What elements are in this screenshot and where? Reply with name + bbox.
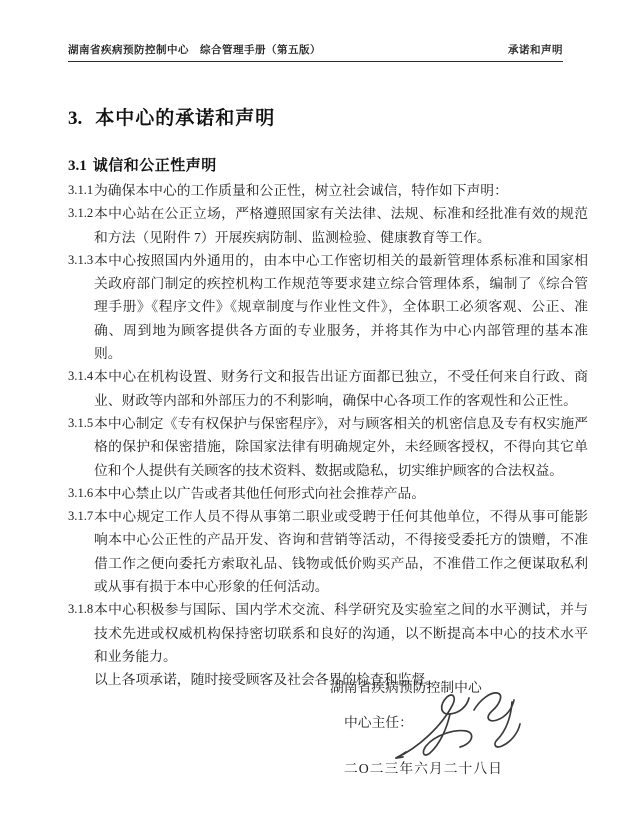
document-page: 湖南省疾病预防控制中心 综合管理手册（第五版） 承诺和声明 3.本中心的承诺和声…: [0, 0, 626, 825]
header-left-title: 湖南省疾病预防控制中心 综合管理手册（第五版）: [68, 42, 321, 57]
signature-block: 湖南省疾病预防控制中心 中心主任： 二O二三年六月二十八日: [330, 676, 590, 780]
chapter-number: 3.: [68, 108, 82, 129]
clause-3-1-1: 3.1.1 为确保本中心的工作质量和公正性，树立社会诚信，特作如下声明：: [68, 179, 588, 202]
clause-text: 本中心禁止以广告或者其他任何形式向社会推荐产品。: [94, 482, 588, 505]
director-signature-handwriting: [390, 682, 540, 766]
clause-3-1-2: 3.1.2 本中心站在公正立场，严格遵照国家有关法律、法规、标准和经批准有效的规…: [68, 202, 588, 249]
clause-3-1-7: 3.1.7 本中心规定工作人员不得从事第二职业或受聘于任何其他单位，不得从事可能…: [68, 505, 588, 598]
header-right-title: 承诺和声明: [508, 42, 563, 57]
clause-text: 本中心在机构设置、财务行文和报告出证方面都已独立，不受任何来自行政、商业、财政等…: [94, 365, 588, 412]
chapter-title: 3.本中心的承诺和声明: [68, 103, 275, 130]
clause-list: 3.1.1 为确保本中心的工作质量和公正性，树立社会诚信，特作如下声明： 3.1…: [68, 179, 588, 692]
clause-3-1-3: 3.1.3 本中心按照国内外通用的，由本中心工作密切相关的最新管理体系标准和国家…: [68, 249, 588, 365]
clause-text: 本中心站在公正立场，严格遵照国家有关法律、法规、标准和经批准有效的规范和方法（见…: [94, 202, 588, 249]
clause-number: 3.1.7: [68, 505, 94, 528]
section-heading: 3.1诚信和公正性声明: [68, 154, 217, 175]
section-title-text: 诚信和公正性声明: [93, 157, 217, 174]
clause-number: 3.1.8: [68, 598, 94, 621]
clause-number: 3.1.4: [68, 365, 94, 388]
clause-text: 本中心按照国内外通用的，由本中心工作密切相关的最新管理体系标准和国家相关政府部门…: [94, 249, 588, 365]
clause-number: 3.1.3: [68, 249, 94, 272]
clause-3-1-8: 3.1.8 本中心积极参与国际、国内学术交流、科学研究及实验室之间的水平测试，并…: [68, 598, 588, 668]
chapter-title-text: 本中心的承诺和声明: [95, 108, 275, 129]
clause-3-1-6: 3.1.6 本中心禁止以广告或者其他任何形式向社会推荐产品。: [68, 482, 588, 505]
clause-text: 本中心制定《专有权保护与保密程序》，对与顾客相关的机密信息及专有权实施严格的保护…: [94, 412, 588, 482]
clause-text: 本中心规定工作人员不得从事第二职业或受聘于任何其他单位，不得从事可能影响本中心公…: [94, 505, 588, 598]
clause-3-1-4: 3.1.4 本中心在机构设置、财务行文和报告出证方面都已独立，不受任何来自行政、…: [68, 365, 588, 412]
clause-number: 3.1.5: [68, 412, 94, 435]
clause-text: 本中心积极参与国际、国内学术交流、科学研究及实验室之间的水平测试，并与技术先进或…: [94, 598, 588, 668]
page-header: 湖南省疾病预防控制中心 综合管理手册（第五版） 承诺和声明: [68, 42, 563, 62]
clause-number: 3.1.2: [68, 202, 94, 225]
clause-3-1-5: 3.1.5 本中心制定《专有权保护与保密程序》，对与顾客相关的机密信息及专有权实…: [68, 412, 588, 482]
section-number: 3.1: [68, 158, 87, 174]
clause-number: 3.1.1: [68, 179, 94, 202]
clause-number: 3.1.6: [68, 482, 94, 505]
clause-text: 为确保本中心的工作质量和公正性，树立社会诚信，特作如下声明：: [94, 179, 588, 202]
